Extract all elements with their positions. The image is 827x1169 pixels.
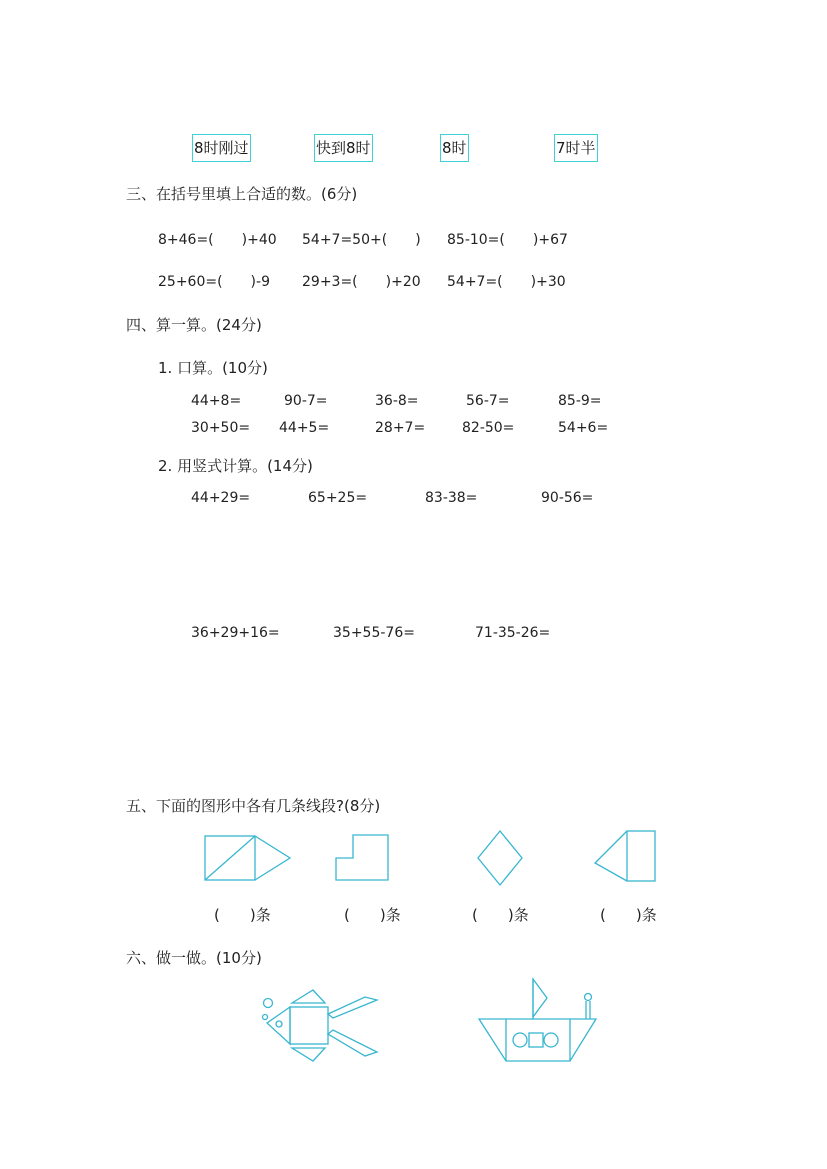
shape-composition-figures [0, 0, 827, 1169]
fish-figure [263, 990, 378, 1061]
boat-figure [479, 979, 596, 1061]
